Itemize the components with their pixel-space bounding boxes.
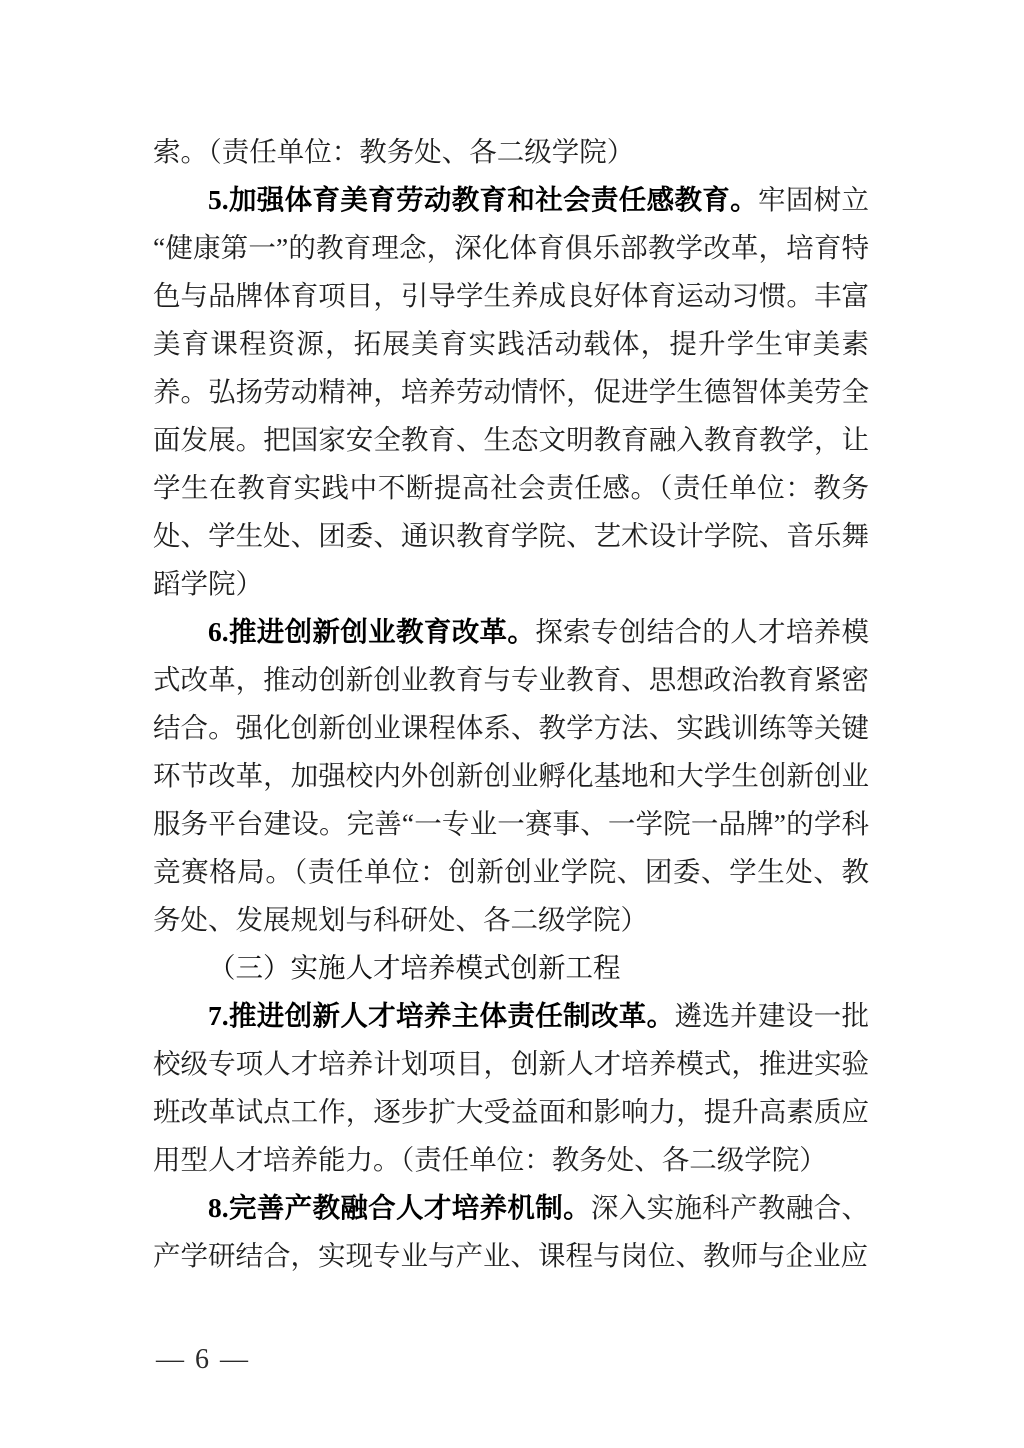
paragraph-continuation: 索。（责任单位：教务处、各二级学院）	[153, 128, 869, 176]
section-heading-3: （三）实施人才培养模式创新工程	[153, 944, 869, 992]
page-number-label: — 6 —	[156, 1344, 250, 1375]
paragraph-item-5: 5.加强体育美育劳动教育和社会责任感教育。牢固树立“健康第一”的教育理念，深化体…	[153, 176, 869, 608]
paragraph-item-7: 7.推进创新人才培养主体责任制改革。遴选并建设一批校级专项人才培养计划项目，创新…	[153, 992, 869, 1184]
item-5-text: 牢固树立“健康第一”的教育理念，深化体育俱乐部教学改革，培育特色与品牌体育项目，…	[153, 184, 869, 599]
item-7-heading: 7.推进创新人才培养主体责任制改革。	[208, 1000, 674, 1031]
item-5-heading: 5.加强体育美育劳动教育和社会责任感教育。	[208, 184, 758, 215]
item-8-heading: 8.完善产教融合人才培养机制。	[208, 1192, 591, 1223]
item-6-text: 探索专创结合的人才培养模式改革，推动创新创业教育与专业教育、思想政治教育紧密结合…	[153, 616, 869, 935]
page-footer: — 6 —	[156, 1336, 250, 1384]
continuation-text: 索。（责任单位：教务处、各二级学院）	[153, 136, 634, 167]
section-3-title: （三）实施人才培养模式创新工程	[208, 952, 621, 983]
item-6-heading: 6.推进创新创业教育改革。	[208, 616, 535, 647]
document-page: 索。（责任单位：教务处、各二级学院） 5.加强体育美育劳动教育和社会责任感教育。…	[0, 0, 1024, 1448]
paragraph-item-8: 8.完善产教融合人才培养机制。深入实施科产教融合、产学研结合，实现专业与产业、课…	[153, 1184, 869, 1280]
document-body: 索。（责任单位：教务处、各二级学院） 5.加强体育美育劳动教育和社会责任感教育。…	[153, 128, 869, 1280]
paragraph-item-6: 6.推进创新创业教育改革。探索专创结合的人才培养模式改革，推动创新创业教育与专业…	[153, 608, 869, 944]
